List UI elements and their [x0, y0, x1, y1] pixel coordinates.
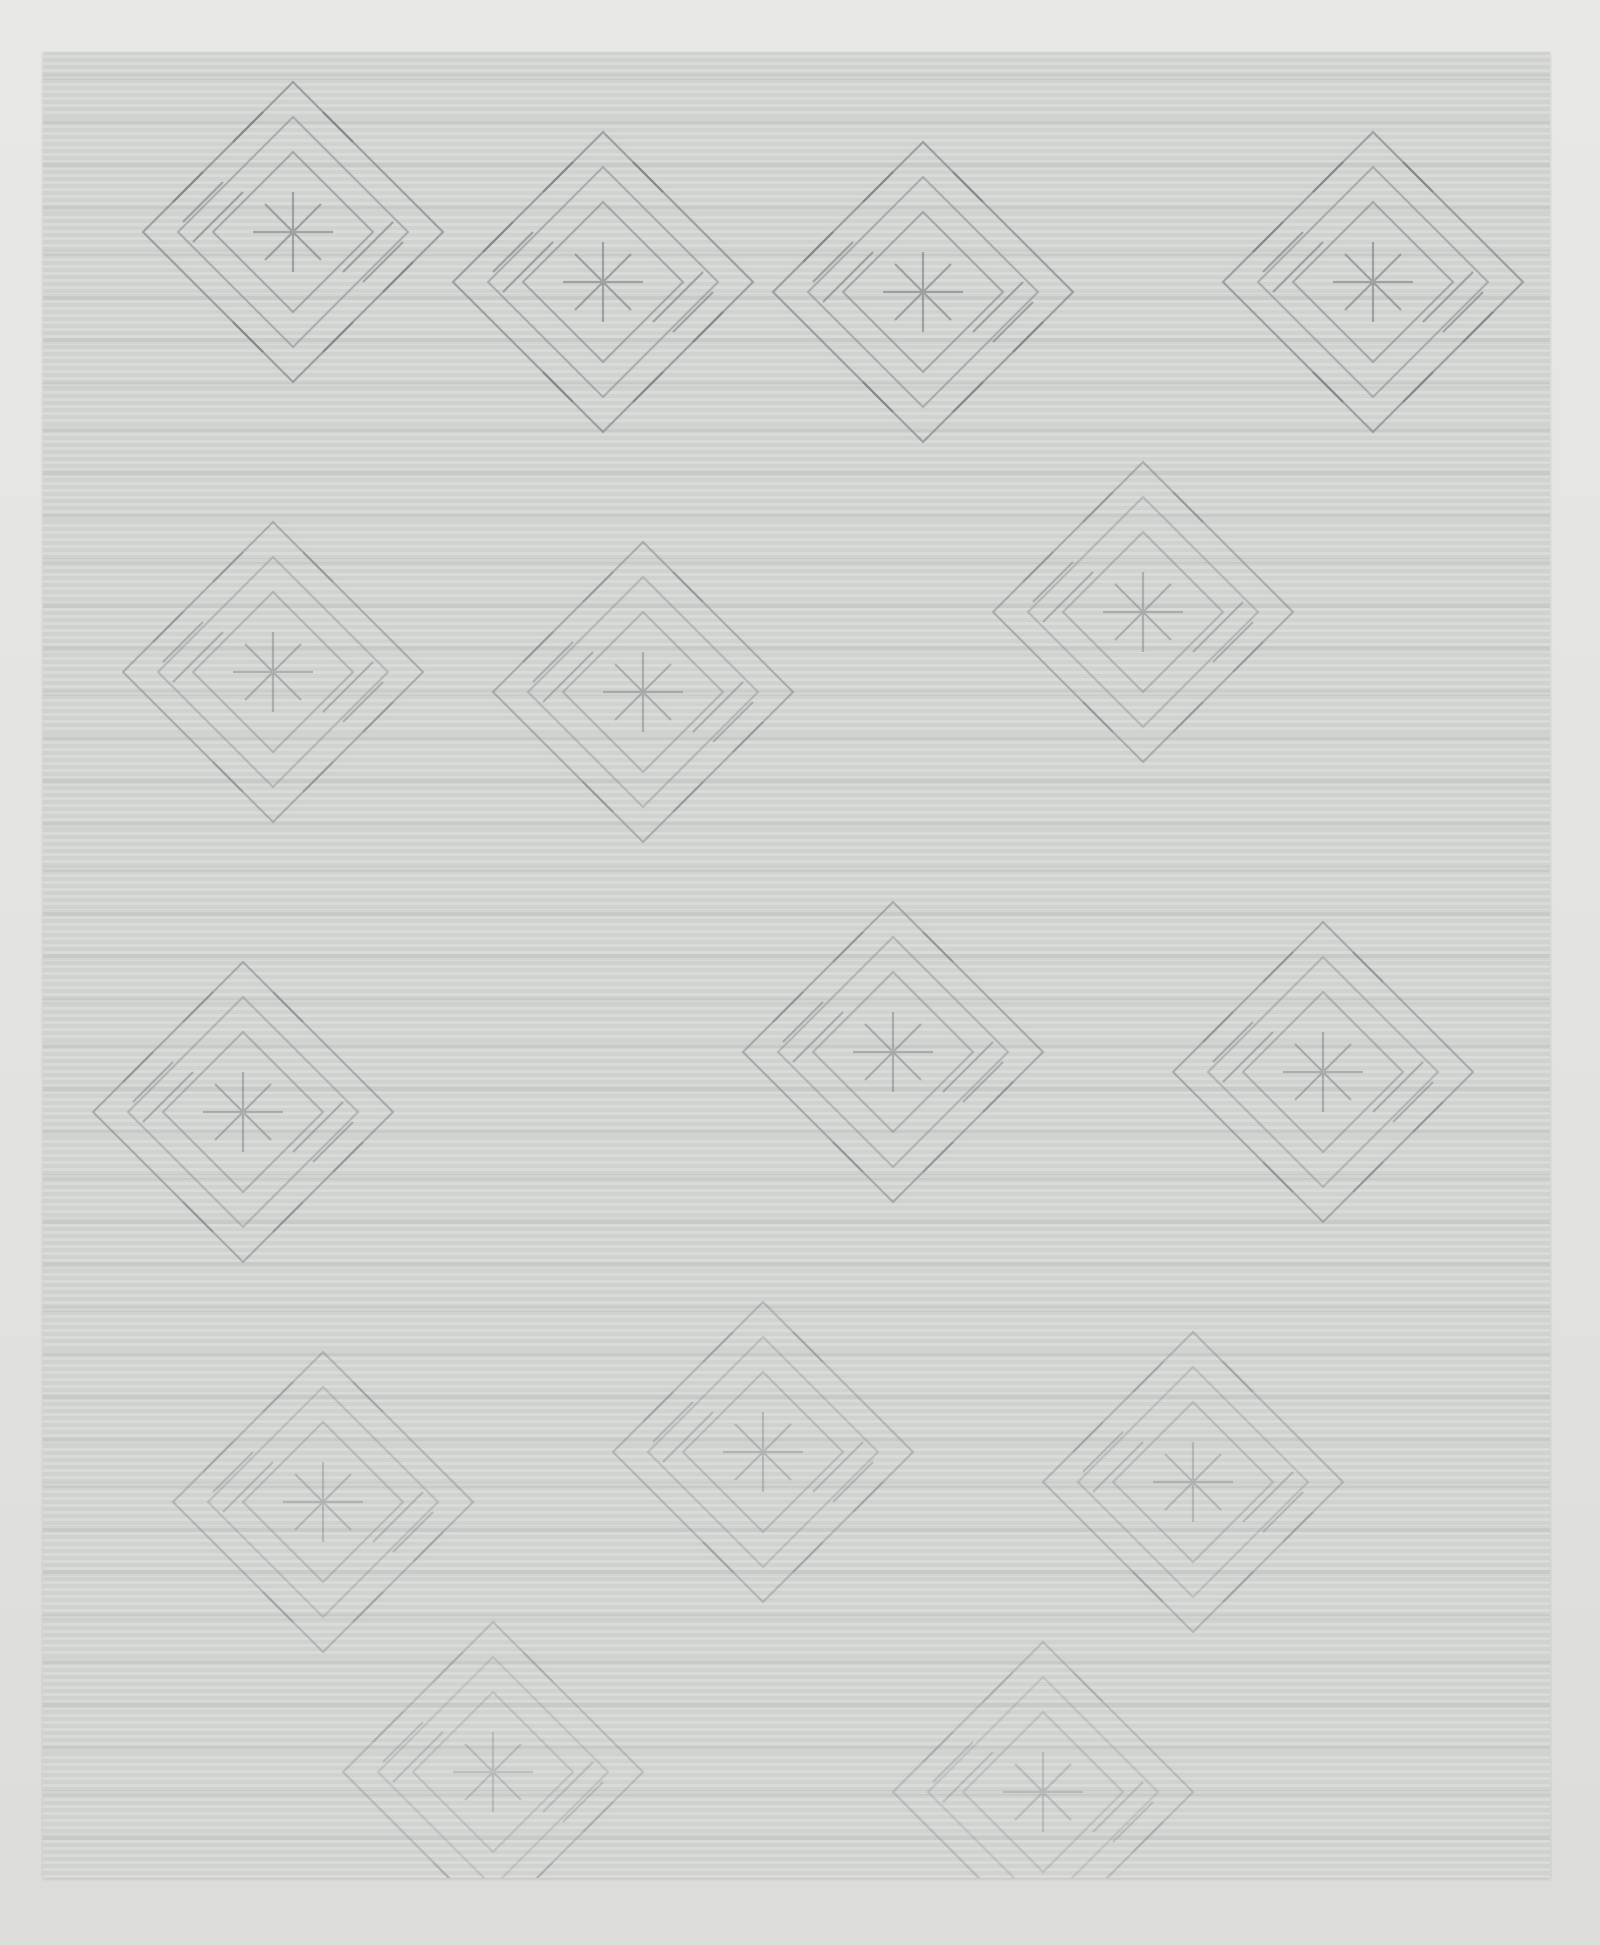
- motif-row-4: [173, 1302, 1343, 1652]
- rug-pattern: [43, 52, 1550, 1878]
- motif-row-5: [343, 1622, 1193, 1878]
- rug: [43, 52, 1550, 1878]
- motif-row-3: [93, 902, 1473, 1262]
- motif-row-1: [143, 82, 1523, 442]
- motif-row-2: [123, 462, 1293, 842]
